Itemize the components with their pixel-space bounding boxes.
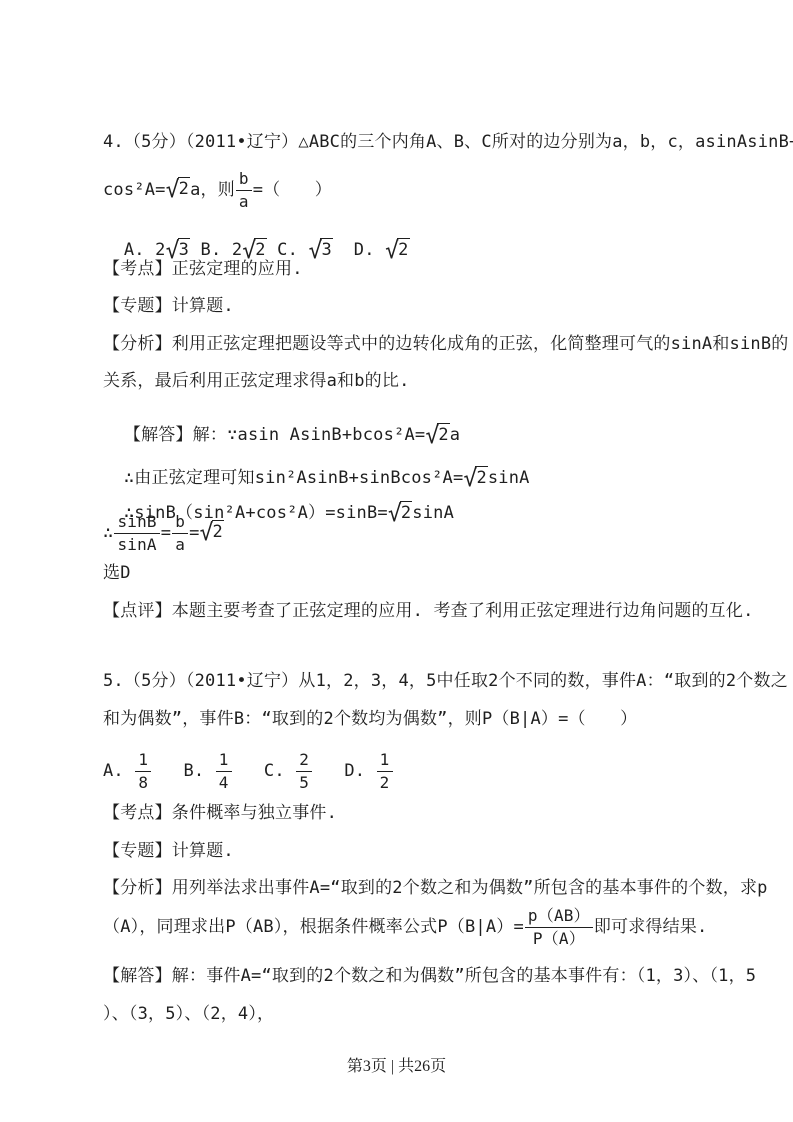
sqrt-radical: 2 (463, 469, 487, 489)
sqrt-radical: 3 (166, 241, 190, 261)
fraction-denominator: 2 (377, 772, 393, 792)
text-segment: cos²A= (103, 181, 166, 200)
radicand: 2 (437, 423, 449, 445)
q5-stem-line2: 和为偶数”，事件B：“取到的2个数均为偶数”，则P（B|A）=（ ） (103, 710, 637, 729)
fraction: ba (236, 170, 252, 210)
sqrt-radical: 2 (385, 241, 409, 261)
fraction: 12 (377, 751, 393, 791)
q5-jieda-line2: ）、（3，5）、（2，4）， (103, 1005, 274, 1024)
fraction-numerator: p（AB） (525, 907, 593, 928)
fraction-numerator: b (172, 513, 188, 534)
radicand: 2 (400, 501, 412, 523)
fraction-denominator: 4 (216, 772, 232, 792)
text-segment: （A），同理求出P（AB），根据条件概率公式P（B|A）= (103, 918, 524, 937)
fraction: p（AB）P（A） (525, 907, 593, 947)
text-segment: 即可求得结果. (594, 918, 708, 937)
q4-kaodian: 【考点】正弦定理的应用. (103, 260, 303, 279)
text-segment: B. 2 (190, 240, 242, 260)
page-footer: 第3页 | 共26页 (0, 1053, 793, 1076)
radicand: 2 (475, 466, 487, 488)
text-segment: = (161, 524, 171, 543)
fraction-denominator: a (172, 534, 188, 554)
text-segment: D. (313, 762, 376, 781)
fraction-numerator: 1 (216, 751, 232, 772)
fraction-denominator: 8 (135, 772, 151, 792)
text-segment: C. (233, 762, 296, 781)
q5-fenxi-line1: 【分析】用列举法求出事件A=“取到的2个数之和为偶数”所包含的基本事件的个数，求… (103, 879, 768, 898)
q5-zhuanti: 【专题】计算题. (103, 842, 234, 861)
text-segment: A. (103, 762, 134, 781)
fraction-numerator: 1 (377, 751, 393, 772)
fraction: 14 (216, 751, 232, 791)
sqrt-radical: 2 (425, 426, 449, 446)
q5-options: A. 18 B. 14 C. 25 D. 12 (103, 746, 394, 796)
q4-answer: 选D (103, 564, 131, 583)
text-segment: = (189, 524, 199, 543)
radicand: 2 (178, 177, 190, 199)
q4-zhuanti: 【专题】计算题. (103, 297, 234, 316)
radicand: 3 (178, 238, 190, 260)
q4-jieda-line4: ∴sinBsinA=ba=2 (103, 511, 224, 555)
fraction: 18 (135, 751, 151, 791)
q4-dianping: 【点评】本题主要考查了正弦定理的应用. 考查了利用正弦定理进行边角问题的互化. (103, 602, 754, 621)
radicand: 3 (320, 238, 332, 260)
text-segment: a，则 (190, 181, 235, 200)
radicand: 2 (397, 238, 409, 260)
fraction: 25 (296, 751, 312, 791)
fraction: ba (172, 513, 188, 553)
fraction-numerator: 2 (296, 751, 312, 772)
fraction-denominator: P（A） (525, 928, 593, 948)
text-segment: B. (152, 762, 215, 781)
fraction-denominator: 5 (296, 772, 312, 792)
sqrt-radical: 2 (388, 504, 412, 524)
radicand: 2 (212, 520, 224, 542)
text-segment: a (450, 425, 460, 445)
q5-kaodian: 【考点】条件概率与独立事件. (103, 804, 337, 823)
q4-options: A. 23 B. 22 C. 3 D. 2 (103, 222, 410, 261)
text-segment: A. 2 (124, 240, 166, 260)
text-segment: =（ ） (253, 181, 332, 200)
sqrt-radical: 2 (166, 180, 190, 200)
text-segment: D. (333, 240, 385, 260)
q5-stem-line1: 5.（5分）（2011•辽宁）从1，2，3，4，5中任取2个不同的数，事件A：“… (103, 672, 788, 691)
document-page: { "q4": { "stem1": "4.（5分）（2011•辽宁）△ABC的… (0, 0, 793, 1122)
q4-stem-line2: cos²A=2a，则ba=（ ） (103, 168, 332, 212)
q4-jieda-line2: ∴由正弦定理可知sin²AsinB+sinBcos²A=2sinA (103, 450, 530, 489)
q4-fenxi-line2: 关系，最后利用正弦定理求得a和b的比. (103, 372, 410, 391)
text-segment: ∴ (103, 524, 113, 543)
fraction: sinBsinA (114, 513, 159, 553)
fraction-denominator: sinA (114, 534, 159, 554)
text-segment: sinA (488, 468, 530, 488)
sqrt-radical: 2 (200, 523, 224, 543)
radicand: 2 (254, 238, 266, 260)
q4-fenxi-line1: 【分析】利用正弦定理把题设等式中的边转化成角的正弦，化简整理可气的sinA和si… (103, 335, 788, 354)
q4-jieda-line1: 【解答】解：∵asin AsinB+bcos²A=2a (103, 407, 460, 446)
sqrt-radical: 2 (242, 241, 266, 261)
fraction-numerator: sinB (114, 513, 159, 534)
q4-stem-line1: 4.（5分）（2011•辽宁）△ABC的三个内角A、B、C所对的边分别为a，b，… (103, 133, 793, 152)
text-segment: sinA (412, 503, 454, 523)
text-segment: C. (267, 240, 309, 260)
q5-jieda-line1: 【解答】解：事件A=“取到的2个数之和为偶数”所包含的基本事件有：（1，3）、（… (103, 967, 756, 986)
fraction-numerator: 1 (135, 751, 151, 772)
fraction-numerator: b (236, 170, 252, 191)
text-segment: 【解答】解：∵asin AsinB+bcos²A= (124, 425, 425, 445)
sqrt-radical: 3 (308, 241, 332, 261)
q5-fenxi-line2: （A），同理求出P（AB），根据条件概率公式P（B|A）=p（AB）P（A）即可… (103, 903, 707, 951)
page-number-label: 第3页 | 共26页 (347, 1058, 446, 1075)
fraction-denominator: a (236, 191, 252, 211)
